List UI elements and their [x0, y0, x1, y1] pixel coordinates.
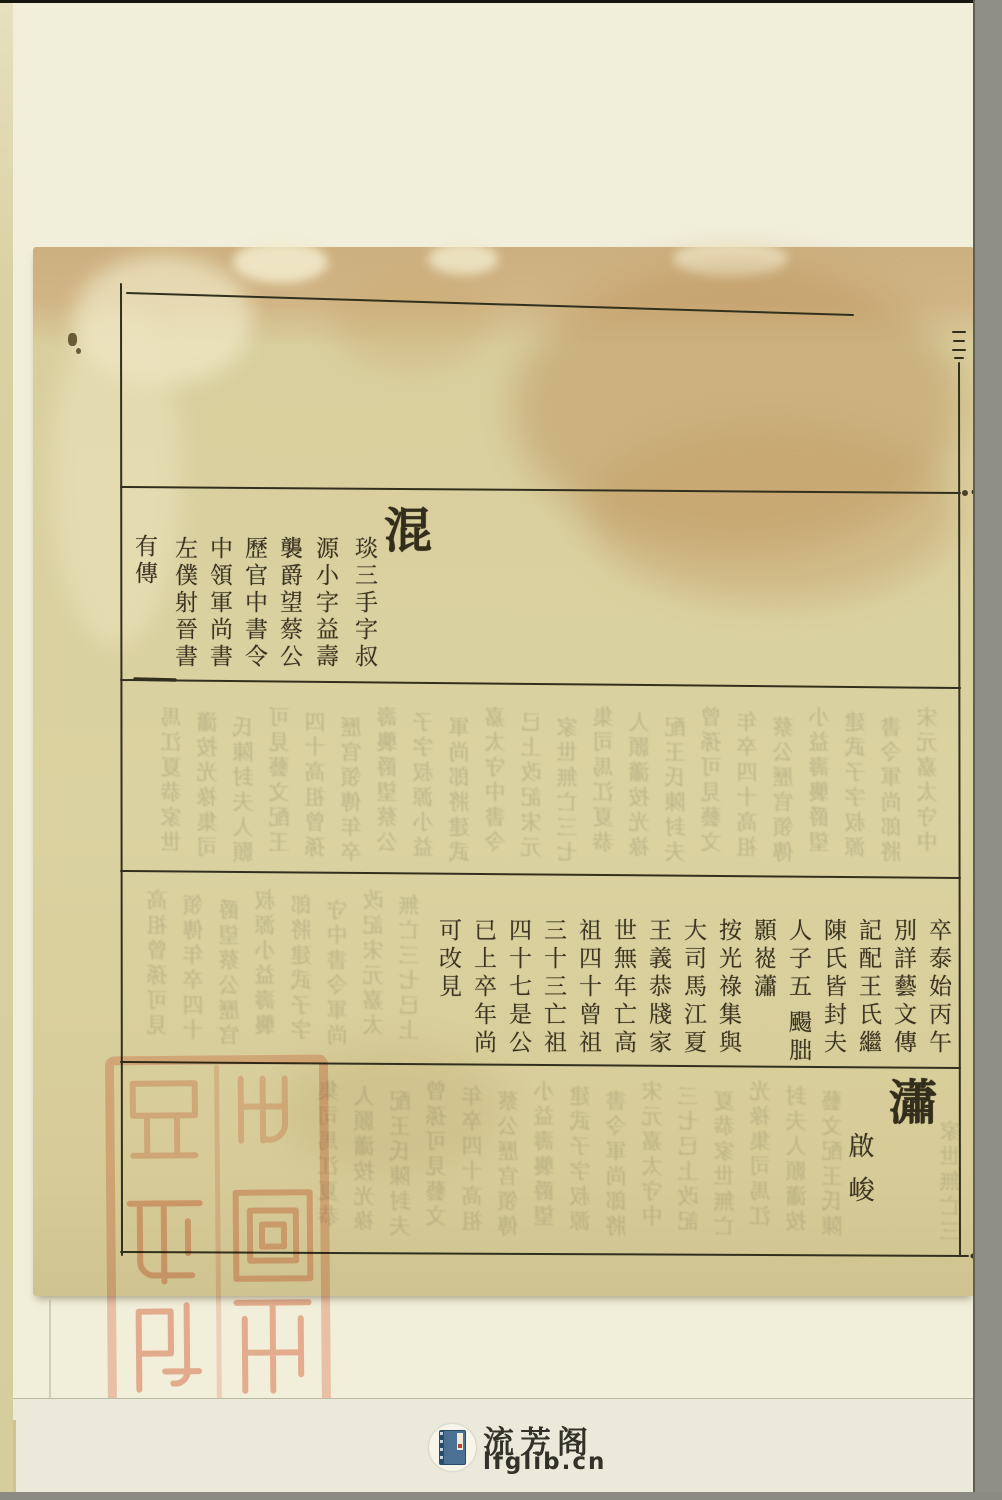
note-column: 襲爵望蔡公	[276, 536, 302, 671]
note-column: 卒泰始丙午	[925, 918, 951, 1058]
bleedthrough-text-column: 可見藝文配王	[268, 706, 292, 856]
bleedthrough-text-column: 年卒四十高祖	[736, 711, 760, 861]
note-column: 世無年亡高	[610, 918, 636, 1058]
note-column: 已上卒年尚	[470, 918, 496, 1058]
note-column: 有傳	[131, 534, 157, 588]
ancestor-name-xiao: 瀟	[889, 1064, 937, 1133]
note-column: 源小字益壽	[312, 536, 338, 671]
book-stitching	[440, 1432, 443, 1463]
note-column: 三十三亡祖	[540, 918, 566, 1058]
note-column: 記配王氏繼	[855, 918, 881, 1058]
bleedthrough-text-column: 夏恭家世無亡	[713, 1090, 737, 1240]
note-column: 可改見	[435, 918, 461, 1002]
bleedthrough-text-column: 嘉太守中書令	[484, 706, 508, 856]
note-column: 人子五	[785, 918, 811, 1002]
bleedthrough-text-column: 守中書令軍尚	[326, 899, 350, 1049]
note-column-son-names: 颺朏	[785, 1010, 811, 1066]
bleedthrough-text-column: 書令軍尚郎將	[880, 716, 904, 866]
bleedthrough-text-column: 配王氏陳封夫	[389, 1090, 413, 1240]
bleedthrough-text-column: 人顥瀟按光祿	[353, 1085, 377, 1235]
bleedthrough-text-column: 瀟按光祿集司	[196, 711, 220, 861]
note-column: 四十七是公	[505, 918, 531, 1058]
bleedthrough-text-column: 馬江夏恭家世	[160, 706, 184, 856]
bleedthrough-text-column: 曾孫可見藝文	[425, 1080, 449, 1230]
bleedthrough-text-column: 歷官領傳年卒	[340, 716, 364, 866]
bleedthrough-text-column: 三七已上改記	[677, 1085, 701, 1235]
backing-crease	[49, 1300, 51, 1398]
note-column: 按光祿集與	[715, 918, 741, 1058]
bleedthrough-text-column: 四十高祖曾孫	[304, 711, 328, 861]
scanned-genealogy-page: 宋元嘉太守中書令軍尚郎將建武子字叔源小益壽襲爵望蔡公歷官領傳年卒四十高祖曾孫可見…	[0, 0, 1002, 1500]
bleedthrough-text-column: 藝文配王氏陳	[821, 1090, 845, 1240]
watermark-site-url: lfglib.cn	[483, 1449, 606, 1475]
bleedthrough-text-column: 年卒四十高祖	[461, 1085, 485, 1235]
note-column: 歷官中書令	[241, 536, 267, 671]
bleedthrough-text-column: 家世無亡三七	[556, 716, 580, 866]
note-column: 王義恭牋家	[645, 918, 671, 1058]
bleedthrough-text-column: 家世無亡三	[939, 1120, 963, 1245]
note-column: 中領軍尚書	[206, 536, 232, 671]
bleedthrough-text-column: 軍尚郎將建武	[448, 716, 472, 866]
bleedthrough-text-column: 集司馬江夏恭	[592, 706, 616, 856]
bleedthrough-text-column: 小益壽襲爵望	[808, 706, 832, 856]
note-column-son-names: 顥嵸瀟	[750, 918, 776, 1002]
bleedthrough-text-column: 封夫人顥瀟按	[785, 1085, 809, 1235]
bleedthrough-text-column: 郎將建武子字	[290, 894, 314, 1044]
bleedthrough-text-column: 配王氏陳封夫	[664, 716, 688, 866]
scan-left-edge	[0, 0, 13, 1500]
bleedthrough-text-column: 已上改記宋元	[520, 711, 544, 861]
scan-top-edge	[0, 0, 1002, 3]
bleedthrough-text-column: 氏陳封夫人顥	[232, 716, 256, 866]
note-column: 左僕射晉書	[171, 536, 197, 671]
note-column: 祖四十曾祖	[575, 918, 601, 1058]
bleedthrough-text-column: 壽襲爵望蔡公	[376, 706, 400, 856]
red-collection-seal	[102, 1052, 333, 1422]
bleedthrough-text-column: 建武子字叔源	[569, 1085, 593, 1235]
note-column: 陳氏皆封夫	[820, 918, 846, 1058]
ancestor-name-hun: 混	[384, 492, 432, 561]
bleedthrough-text-column: 改記宋元嘉太	[362, 889, 386, 1039]
scan-bottom-gray-strip	[0, 1492, 1002, 1500]
note-column: 大司馬江夏	[680, 918, 706, 1058]
bleedthrough-text-column: 子字叔源小益	[412, 711, 436, 861]
bleedthrough-text-column: 蔡公歷官領傳	[497, 1090, 521, 1240]
bleedthrough-text-column: 宋元嘉太守中	[916, 706, 940, 856]
bleedthrough-text-column: 書令軍尚郎將	[605, 1090, 629, 1240]
bleedthrough-text-column: 蔡公歷官領傳	[772, 716, 796, 866]
bleedthrough-text-column: 領傳年卒四十	[182, 894, 206, 1044]
bleedthrough-text-column: 無亡三七已上	[398, 894, 422, 1044]
bleedthrough-text-column: 叔源小益壽襲	[254, 889, 278, 1039]
bleedthrough-text-column: 建武子字叔源	[844, 711, 868, 861]
bleedthrough-text-column: 曾孫可見藝文	[700, 706, 724, 856]
note-column: 別詳藝文傳	[890, 918, 916, 1058]
bleedthrough-text-column: 小益壽襲爵望	[533, 1080, 557, 1230]
book-title-label	[457, 1433, 463, 1450]
scan-right-gray-strip	[975, 0, 1002, 1500]
bleedthrough-text-column: 高祖曾孫可見	[146, 889, 170, 1039]
watermark-logo-circle	[429, 1424, 476, 1471]
bleedthrough-text-column: 光祿集司馬江	[749, 1080, 773, 1230]
bleedthrough-text-column: 宋元嘉太守中	[641, 1080, 665, 1230]
note-column: 琰三手字叔	[351, 536, 377, 671]
bleedthrough-text-column: 人顥瀟按光祿	[628, 711, 652, 861]
bleedthrough-text-column: 爵望蔡公歷官	[218, 899, 242, 1049]
book-icon	[439, 1430, 466, 1465]
note-column: 啟峻	[846, 1132, 872, 1220]
